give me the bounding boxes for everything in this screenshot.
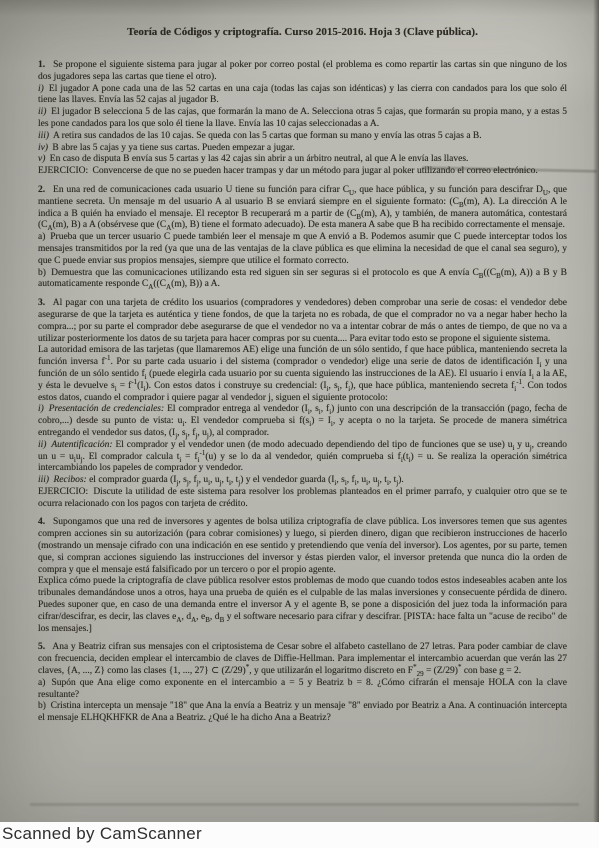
paragraph-prefix: 3. <box>38 298 50 308</box>
paragraph: a) Supón que Ana elige como exponente en… <box>38 678 567 702</box>
paragraph: EJERCICIO: Discute la utilidad de este s… <box>38 487 567 511</box>
paragraph: 3. Al pagar con una tarjeta de crédito l… <box>38 298 567 345</box>
paragraph-prefix: 5. <box>38 642 50 652</box>
paragraph-prefix: 1. <box>38 60 50 70</box>
scan-crease-artifact-bottom <box>30 803 579 806</box>
paragraph-prefix: v) <box>38 154 47 164</box>
paragraph-prefix: a) <box>38 232 47 242</box>
paragraph-prefix: ii) <box>38 107 48 117</box>
paragraph: a) Prueba que un tercer usuario C puede … <box>38 232 567 267</box>
paragraph-prefix: b) <box>38 701 48 711</box>
page-title: Teoría de Códigos y criptografía. Curso … <box>38 26 567 38</box>
paragraph-prefix: a) <box>38 678 47 688</box>
paragraph: b) Demuestra que las comunicaciones util… <box>38 268 567 292</box>
camscanner-footer: Scanned by CamScanner <box>0 822 599 848</box>
paragraph: 1. Se propone el siguiente sistema para … <box>38 60 567 84</box>
paragraph-prefix: iii) <box>38 475 51 485</box>
paragraph-prefix: b) <box>38 268 48 278</box>
paragraph-prefix: iv) <box>38 143 50 153</box>
paragraph: iv) B abre las 5 cajas y ya tiene sus ca… <box>38 143 567 155</box>
paragraph: La autoridad emisora de las tarjetas (qu… <box>38 345 567 404</box>
paragraph: i) Presentación de credenciales: El comp… <box>38 404 567 439</box>
paragraph: ii) El jugador B selecciona 5 de las caj… <box>38 107 567 131</box>
scanned-paper: Teoría de Códigos y criptografía. Curso … <box>0 0 599 822</box>
paragraph: i) El jugador A pone cada una de las 52 … <box>38 84 567 108</box>
scan-page: Teoría de Códigos y criptografía. Curso … <box>0 0 599 848</box>
paragraph-prefix: 2. <box>38 185 50 195</box>
paragraph: iii) Recibos: el comprador guarda (Ij, s… <box>38 475 567 487</box>
paragraph-prefix: i) <box>38 84 46 94</box>
paragraph-prefix: iii) <box>38 131 51 141</box>
paragraph-prefix: ii) <box>38 440 48 450</box>
paragraph: 2. En una red de comunicaciones cada usu… <box>38 185 567 232</box>
document-body: 1. Se propone el siguiente sistema para … <box>38 60 567 725</box>
document-content: Teoría de Códigos y criptografía. Curso … <box>38 26 567 725</box>
paragraph: 5. Ana y Beatriz cifran sus mensajes con… <box>38 642 567 677</box>
paragraph: ii) Autentificación: El comprador y el v… <box>38 440 567 475</box>
camscanner-label: Scanned by CamScanner <box>2 824 202 844</box>
paragraph: v) En caso de disputa B envía sus 5 cart… <box>38 154 567 166</box>
paragraph: EJERCICIO: Convencerse de que no se pued… <box>38 166 567 178</box>
paragraph: b) Cristina intercepta un mensaje "18" q… <box>38 701 567 725</box>
paragraph: iii) A retira sus candados de las 10 caj… <box>38 131 567 143</box>
paragraph: 4. Supongamos que una red de inversores … <box>38 517 567 576</box>
paragraph-prefix: EJERCICIO: <box>38 487 90 497</box>
paragraph: Explica cómo puede la criptografía de cl… <box>38 576 567 635</box>
paragraph-prefix: i) <box>38 404 46 414</box>
paragraph-prefix: EJERCICIO: <box>38 166 90 176</box>
paragraph-prefix: 4. <box>38 517 50 527</box>
